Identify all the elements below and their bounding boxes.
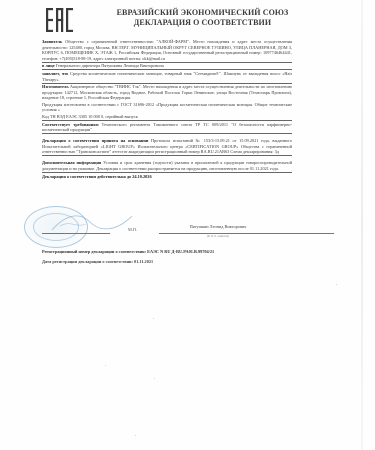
declares-section: заявляет, что Средства косметические гиг… [42, 71, 292, 84]
scan-speck [336, 284, 337, 285]
representative-label: в лице [42, 63, 55, 68]
title-declaration: ДЕКЛАРАЦИЯ О СООТВЕТСТВИИ [100, 18, 305, 28]
declaration-page: ЕВРАЗИЙСКИЙ ЭКОНОМИЧЕСКИЙ СОЮЗ ДЕКЛАРАЦИ… [0, 0, 375, 450]
declares-text: Средства косметические гигиенические мою… [42, 71, 292, 82]
additional-info-label: Дополнительная информация [42, 160, 101, 165]
validity-section: Декларация о соответствии действительна … [42, 174, 292, 180]
declaration-body: Заявитель Общество с ограниченной ответс… [42, 39, 292, 180]
validity-label: Декларация о соответствии действительна … [42, 174, 131, 179]
eac-logo-icon [46, 8, 76, 32]
registration-date-value: 01.11.2021 [134, 259, 153, 264]
basis-section: Декларация о соответствии принята на осн… [42, 138, 292, 156]
stamp-place-label: М.П. [128, 227, 137, 232]
signer-caption: (Ф. И. О. заявителя) [159, 235, 277, 238]
tn-ved-text: Код ТН ВЭД ЕАЭС 3305 10 000 0, серийный … [42, 114, 138, 119]
manufacturer-label: Изготовитель [42, 84, 69, 89]
registration-number: Регистрационный номер декларации о соотв… [42, 249, 214, 254]
representative-text: Генерального директора Пятушкина Леонида… [55, 63, 164, 68]
declares-label: заявляет, что [42, 71, 68, 76]
additional-info-section: Дополнительная информация Условия и срок… [42, 160, 292, 173]
tn-ved-section: Код ТН ВЭД ЕАЭС 3305 10 000 0, серийный … [42, 114, 292, 121]
compliance-label: Соответствует требованиям [42, 122, 99, 127]
title-union: ЕВРАЗИЙСКИЙ ЭКОНОМИЧЕСКИЙ СОЮЗ [100, 8, 305, 18]
signature-area: М.П. Пятушкин Леонид Викторович (Ф. И. О… [42, 224, 292, 244]
registration-date-label: Дата регистрации декларации о соответств… [42, 259, 133, 264]
manufacturer-text: Акционерное общество "ТВИНС Тэк". Место … [42, 84, 292, 100]
basis-label: Декларация о соответствии принята на осн… [42, 138, 148, 143]
scan-speck [153, 318, 154, 319]
scan-speck [154, 378, 155, 379]
applicant-label: Заявитель [42, 39, 62, 44]
scan-speck [105, 365, 106, 366]
page-edge-shadow [361, 0, 363, 450]
production-text: Продукция изготовлена в соответствии с Г… [42, 102, 292, 113]
applicant-text: Общество с ограниченной ответственностью… [42, 39, 292, 61]
manufacturer-section: Изготовитель Акционерное общество "ТВИНС… [42, 84, 292, 101]
representative-section: в лице Генерального директора Пятушкина … [42, 63, 292, 70]
scan-speck [135, 435, 136, 436]
signer-name: Пятушкин Леонид Викторович [159, 224, 277, 229]
validity-date: 24.10.2026 [132, 174, 151, 179]
registration-number-label: Регистрационный номер декларации о соотв… [42, 249, 146, 254]
signature-line [42, 233, 110, 234]
compliance-section: Соответствует требованиям Технического р… [42, 122, 292, 135]
document-title: ЕВРАЗИЙСКИЙ ЭКОНОМИЧЕСКИЙ СОЮЗ ДЕКЛАРАЦИ… [100, 8, 305, 28]
applicant-section: Заявитель Общество с ограниченной ответс… [42, 39, 292, 63]
registration-date: Дата регистрации декларации о соответств… [42, 259, 153, 264]
production-section: Продукция изготовлена в соответствии с Г… [42, 102, 292, 114]
registration-number-value: ЕАЭС N RU Д-RU.PA01.B.99704/21 [147, 249, 214, 254]
